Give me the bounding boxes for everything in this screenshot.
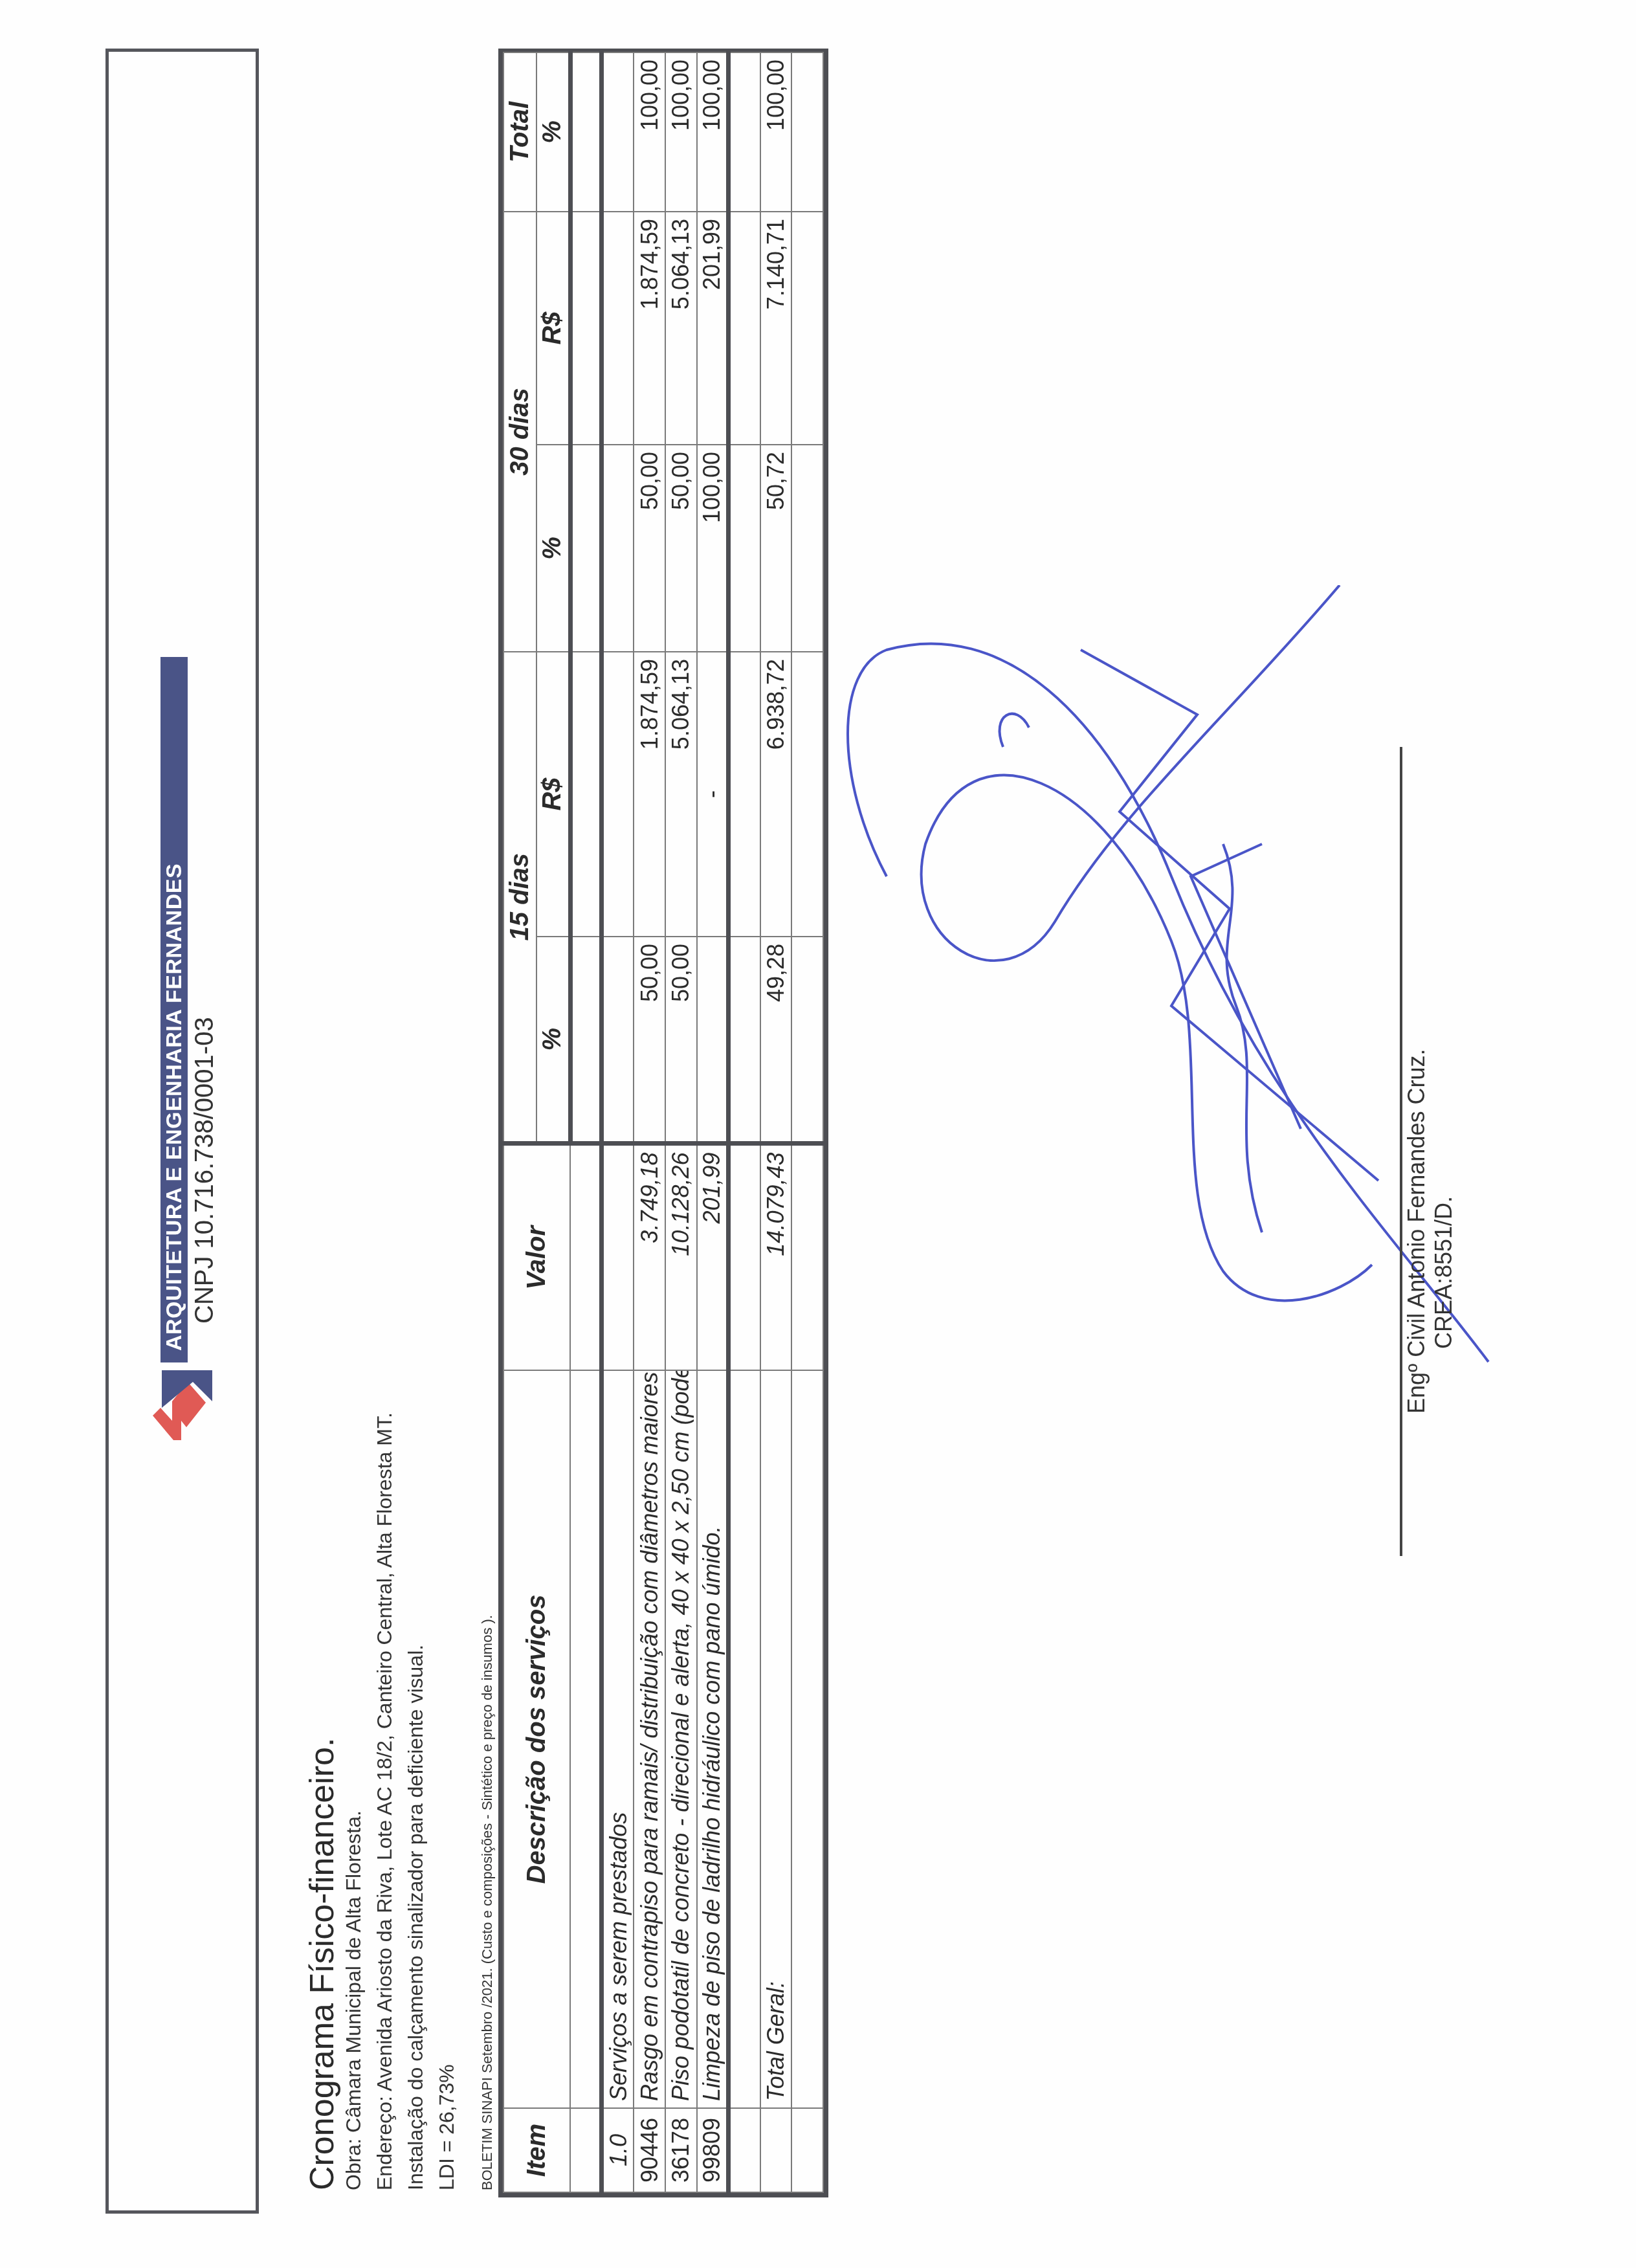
schedule-table: Item Descrição dos serviços Valor 15 dia… (498, 49, 828, 2197)
header-item: Item (503, 2108, 570, 2192)
section-label: Serviços a serem prestados (602, 1370, 634, 2108)
boletim-line: BOLETIM SINAPI Setembro /2021. (Custo e … (479, 1615, 496, 2190)
row-p2-rs: 201,99 (697, 212, 729, 445)
row-description: Limpeza de piso de ladrilho hidráulico c… (697, 1370, 729, 2108)
header-value: Valor (503, 1144, 570, 1370)
row-item: 90446 (634, 2108, 665, 2192)
table-row: 36178 Piso podotatil de concreto - direc… (665, 52, 697, 2192)
ldi-line: LDI = 26,73% (435, 2064, 459, 2190)
row-p2-rs: 1.874,59 (634, 212, 665, 445)
signatory-crea: CREA:8551/D. (1430, 1196, 1457, 1349)
company-name: ARQUITETURA E ENGENHARIA FERNANDES (160, 657, 188, 1362)
header-rs-15: R$ (536, 652, 570, 937)
total-value: 14.079,43 (760, 1144, 792, 1370)
section-row: 1.0 Serviços a serem prestados (602, 52, 634, 2192)
description-line: Instalação do calçamento sinalizador par… (404, 1645, 428, 2190)
company-cnpj: CNPJ 10.716.738/0001-03 (190, 1017, 219, 1324)
header-rs-30: R$ (536, 212, 570, 445)
document-title: Cronograma Físico-financeiro. (303, 1738, 342, 2190)
letterhead-box: ARQUITETURA E ENGENHARIA FERNANDES CNPJ … (105, 49, 259, 2214)
row-description: Rasgo em contrapiso para ramais/ distrib… (634, 1370, 665, 2108)
table-row: 90446 Rasgo em contrapiso para ramais/ d… (634, 52, 665, 2192)
header-pct-total: % (536, 52, 570, 212)
row-p1-pct: 50,00 (665, 937, 697, 1144)
row-value: 10.128,26 (665, 1144, 697, 1370)
row-value: 3.749,18 (634, 1144, 665, 1370)
row-value: 201,99 (697, 1144, 729, 1370)
total-p1-rs: 6.938,72 (760, 652, 792, 937)
row-total-pct: 100,00 (697, 52, 729, 212)
total-row: Total Geral: 14.079,43 49,28 6.938,72 50… (760, 52, 792, 2192)
total-p1-pct: 49,28 (760, 937, 792, 1144)
header-period-30: 30 dias (503, 212, 536, 652)
total-pct: 100,00 (760, 52, 792, 212)
obra-line: Obra: Câmara Municipal de Alta Floresta. (342, 1810, 366, 2190)
header-pct-30: % (536, 445, 570, 652)
signature-line (1400, 747, 1402, 1556)
row-p2-pct: 50,00 (634, 445, 665, 652)
row-p1-pct: 50,00 (634, 937, 665, 1144)
row-total-pct: 100,00 (634, 52, 665, 212)
company-logo-icon (148, 1369, 212, 1447)
row-p2-pct: 50,00 (665, 445, 697, 652)
row-p2-rs: 5.064,13 (665, 212, 697, 445)
header-description: Descrição dos serviços (503, 1370, 570, 2108)
header-total: Total (503, 52, 536, 212)
header-period-15: 15 dias (503, 652, 536, 1144)
table-row: 99809 Limpeza de piso de ladrilho hidráu… (697, 52, 729, 2192)
header-pct-15: % (536, 937, 570, 1144)
total-p2-rs: 7.140,71 (760, 212, 792, 445)
signatory-name: Engº Civil Antonio Fernandes Cruz. (1403, 1049, 1430, 1414)
row-p1-rs: 1.874,59 (634, 652, 665, 937)
total-p2-pct: 50,72 (760, 445, 792, 652)
row-p2-pct: 100,00 (697, 445, 729, 652)
row-item: 99809 (697, 2108, 729, 2192)
row-p1-rs: - (697, 652, 729, 937)
row-total-pct: 100,00 (665, 52, 697, 212)
document-page: ARQUITETURA E ENGENHARIA FERNANDES CNPJ … (0, 0, 1636, 2268)
row-p1-rs: 5.064,13 (665, 652, 697, 937)
total-label: Total Geral: (760, 1370, 792, 2108)
address-line: Endereço: Avenida Ariosto da Riva, Lote … (373, 1412, 397, 2190)
row-item: 36178 (665, 2108, 697, 2192)
section-item: 1.0 (602, 2108, 634, 2192)
row-description: Piso podotatil de concreto - direcional … (665, 1370, 697, 2108)
row-p1-pct (697, 937, 729, 1144)
